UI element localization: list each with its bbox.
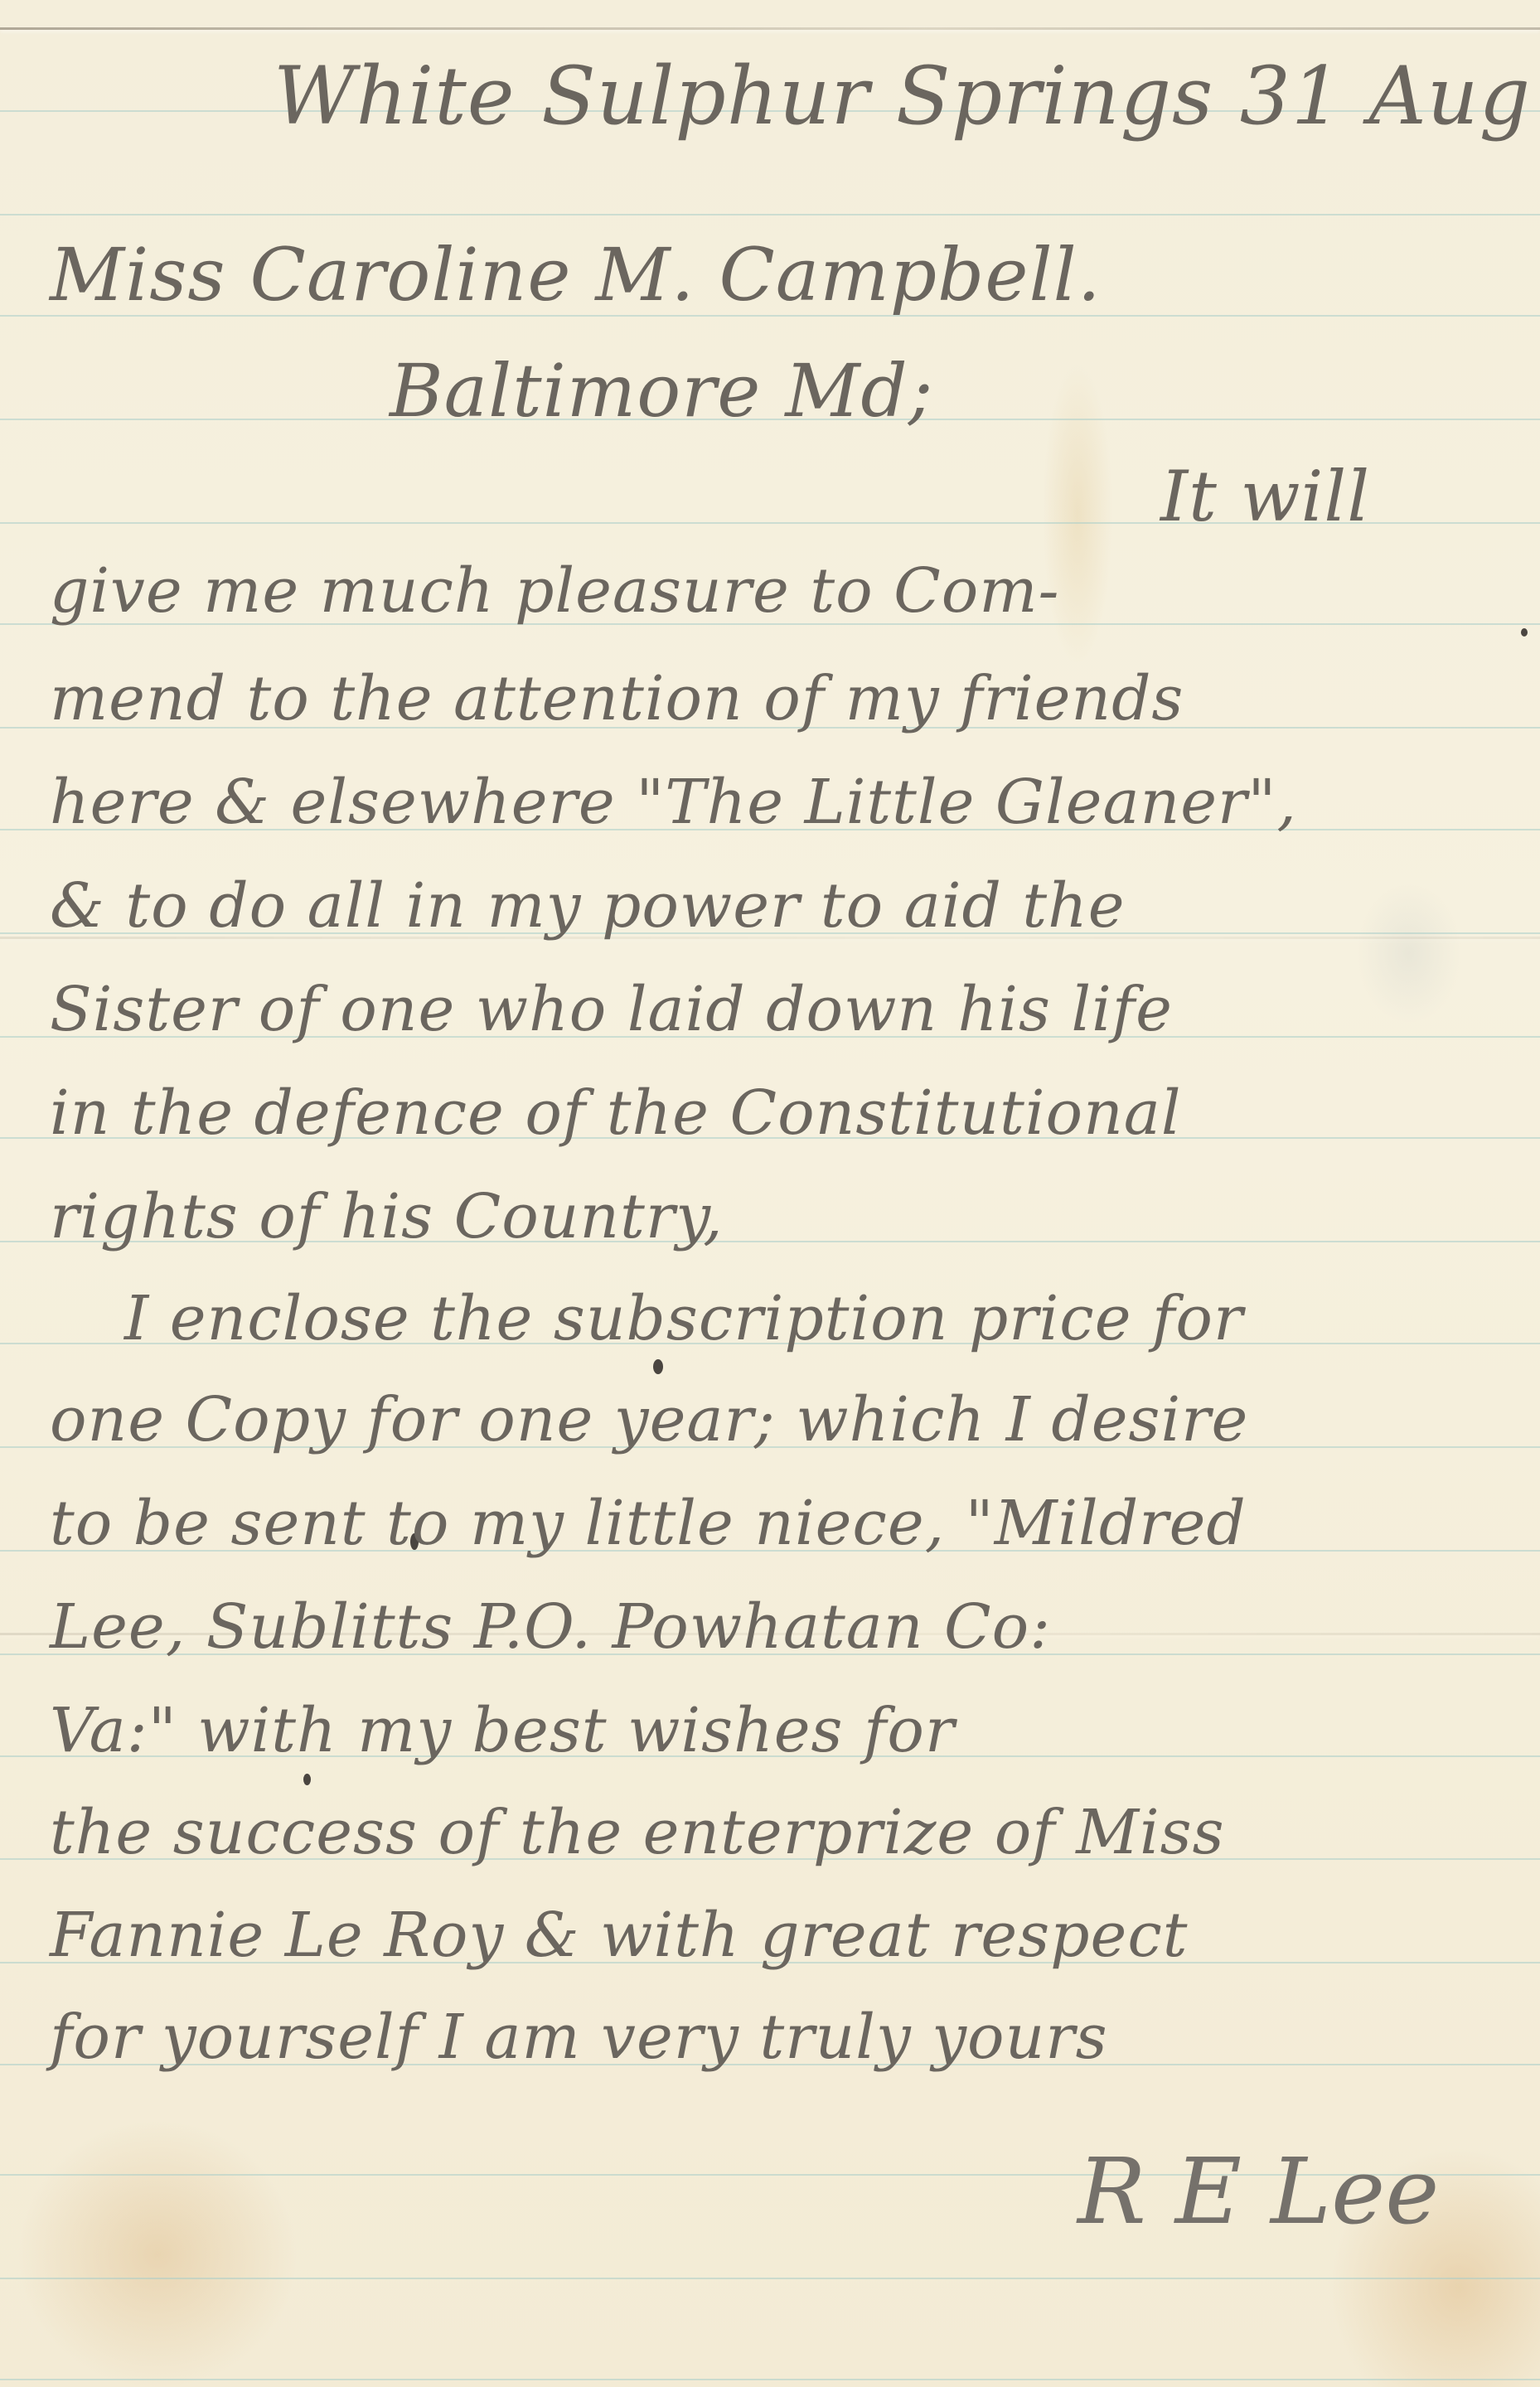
ink-spot	[653, 1359, 663, 1374]
body-line: I enclose the subscription price for	[124, 1283, 1243, 1354]
signature: R E Lee	[1078, 2138, 1439, 2244]
body-line: in the defence of the Constitutional	[50, 1077, 1182, 1149]
rule-line	[0, 2278, 1540, 2279]
body-line: Lee, Sublitts P.O. Powhatan Co:	[50, 1591, 1051, 1663]
body-line: the success of the enterprize of Miss	[50, 1797, 1225, 1868]
dateline: White Sulphur Springs 31 Aug '68	[274, 50, 1540, 143]
rule-line	[0, 214, 1540, 215]
recipient-location: Baltimore Md;	[390, 348, 933, 433]
body-line: here & elsewhere "The Little Gleaner",	[50, 767, 1297, 838]
body-line: to be sent to my little niece, "Mildred	[50, 1488, 1247, 1559]
body-line: for yourself I am very truly yours	[50, 2002, 1108, 2073]
ink-spot	[1521, 628, 1528, 637]
body-line: Sister of one who laid down his life	[50, 974, 1173, 1045]
fold-crease	[0, 27, 1540, 30]
recipient-name: Miss Caroline M. Campbell.	[50, 232, 1102, 317]
body-line: one Copy for one year; which I desire	[50, 1384, 1248, 1455]
rule-line	[0, 2379, 1540, 2380]
body-line: Va:" with my best wishes for	[50, 1695, 955, 1766]
body-line: mend to the attention of my friends	[50, 663, 1184, 734]
body-line: give me much pleasure to Com-	[50, 555, 1060, 627]
body-line: Fannie Le Roy & with great respect	[50, 1900, 1189, 1971]
letter-page: White Sulphur Springs 31 Aug '68 Miss Ca…	[0, 0, 1540, 2387]
ink-spot	[303, 1774, 311, 1785]
body-opening: It will	[1160, 456, 1370, 537]
body-line: rights of his Country,	[50, 1181, 724, 1252]
body-line: & to do all in my power to aid the	[50, 870, 1126, 942]
